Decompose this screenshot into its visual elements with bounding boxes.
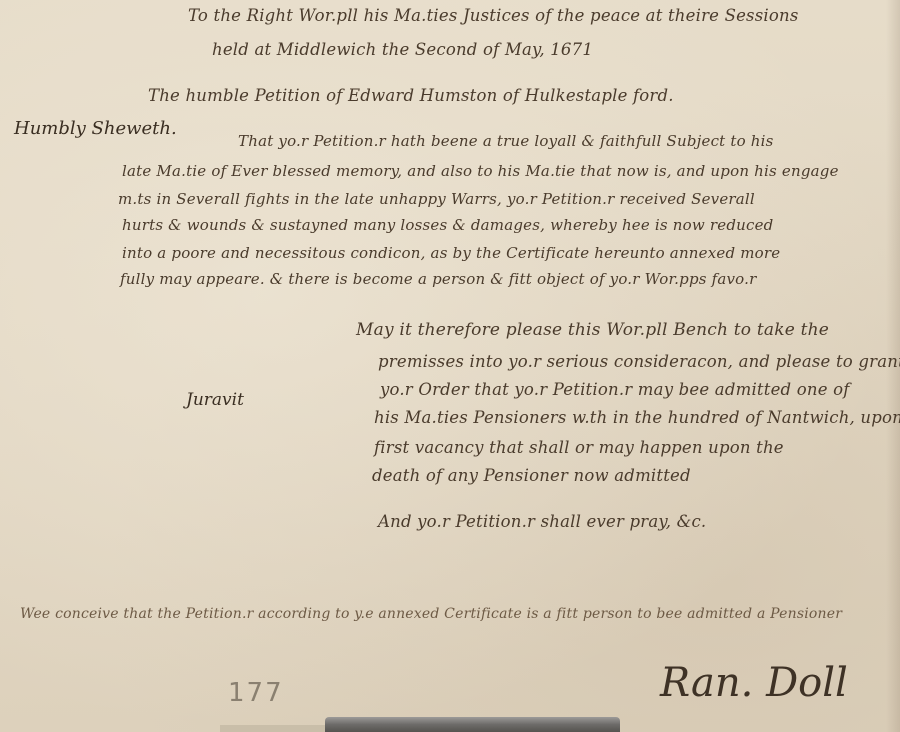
- manuscript-page: To the Right Wor.pll his Ma.ties Justice…: [0, 0, 900, 732]
- body-line-2: late Ma.tie of Ever blessed memory, and …: [122, 162, 839, 180]
- endorsement-line: Wee conceive that the Petition.r accordi…: [20, 606, 842, 622]
- marginal-note-juravit: Juravit: [186, 390, 244, 410]
- body-line-4: hurts & wounds & sustayned many losses &…: [122, 216, 773, 234]
- prayer-line-6: death of any Pensioner now admitted: [372, 466, 691, 485]
- prayer-line-1: May it therefore please this Wor.pll Ben…: [356, 320, 829, 340]
- body-line-5: into a poore and necessitous condicon, a…: [122, 244, 780, 262]
- closing-line: And yo.r Petition.r shall ever pray, &c.: [378, 512, 706, 531]
- body-line-1: That yo.r Petition.r hath beene a true l…: [238, 132, 774, 150]
- signature: Ran. Doll: [660, 660, 848, 706]
- prayer-line-4: his Ma.ties Pensioners w.th in the hundr…: [374, 408, 900, 427]
- folio-number: 177: [228, 678, 284, 708]
- prayer-line-5: first vacancy that shall or may happen u…: [374, 438, 784, 457]
- salutation: Humbly Sheweth.: [14, 118, 177, 139]
- paper-lower-edge: [220, 725, 330, 732]
- prayer-line-3: yo.r Order that yo.r Petition.r may bee …: [380, 380, 850, 399]
- petition-title: The humble Petition of Edward Humston of…: [148, 86, 674, 105]
- body-line-6: fully may appeare. & there is become a p…: [120, 270, 756, 288]
- address-line-2: held at Middlewich the Second of May, 16…: [212, 40, 593, 59]
- prayer-line-2: premisses into yo.r serious consideracon…: [378, 352, 900, 371]
- body-line-3: m.ts in Severall fights in the late unha…: [118, 190, 755, 208]
- address-line-1: To the Right Wor.pll his Ma.ties Justice…: [188, 6, 799, 25]
- metal-mount-strip: [325, 717, 620, 732]
